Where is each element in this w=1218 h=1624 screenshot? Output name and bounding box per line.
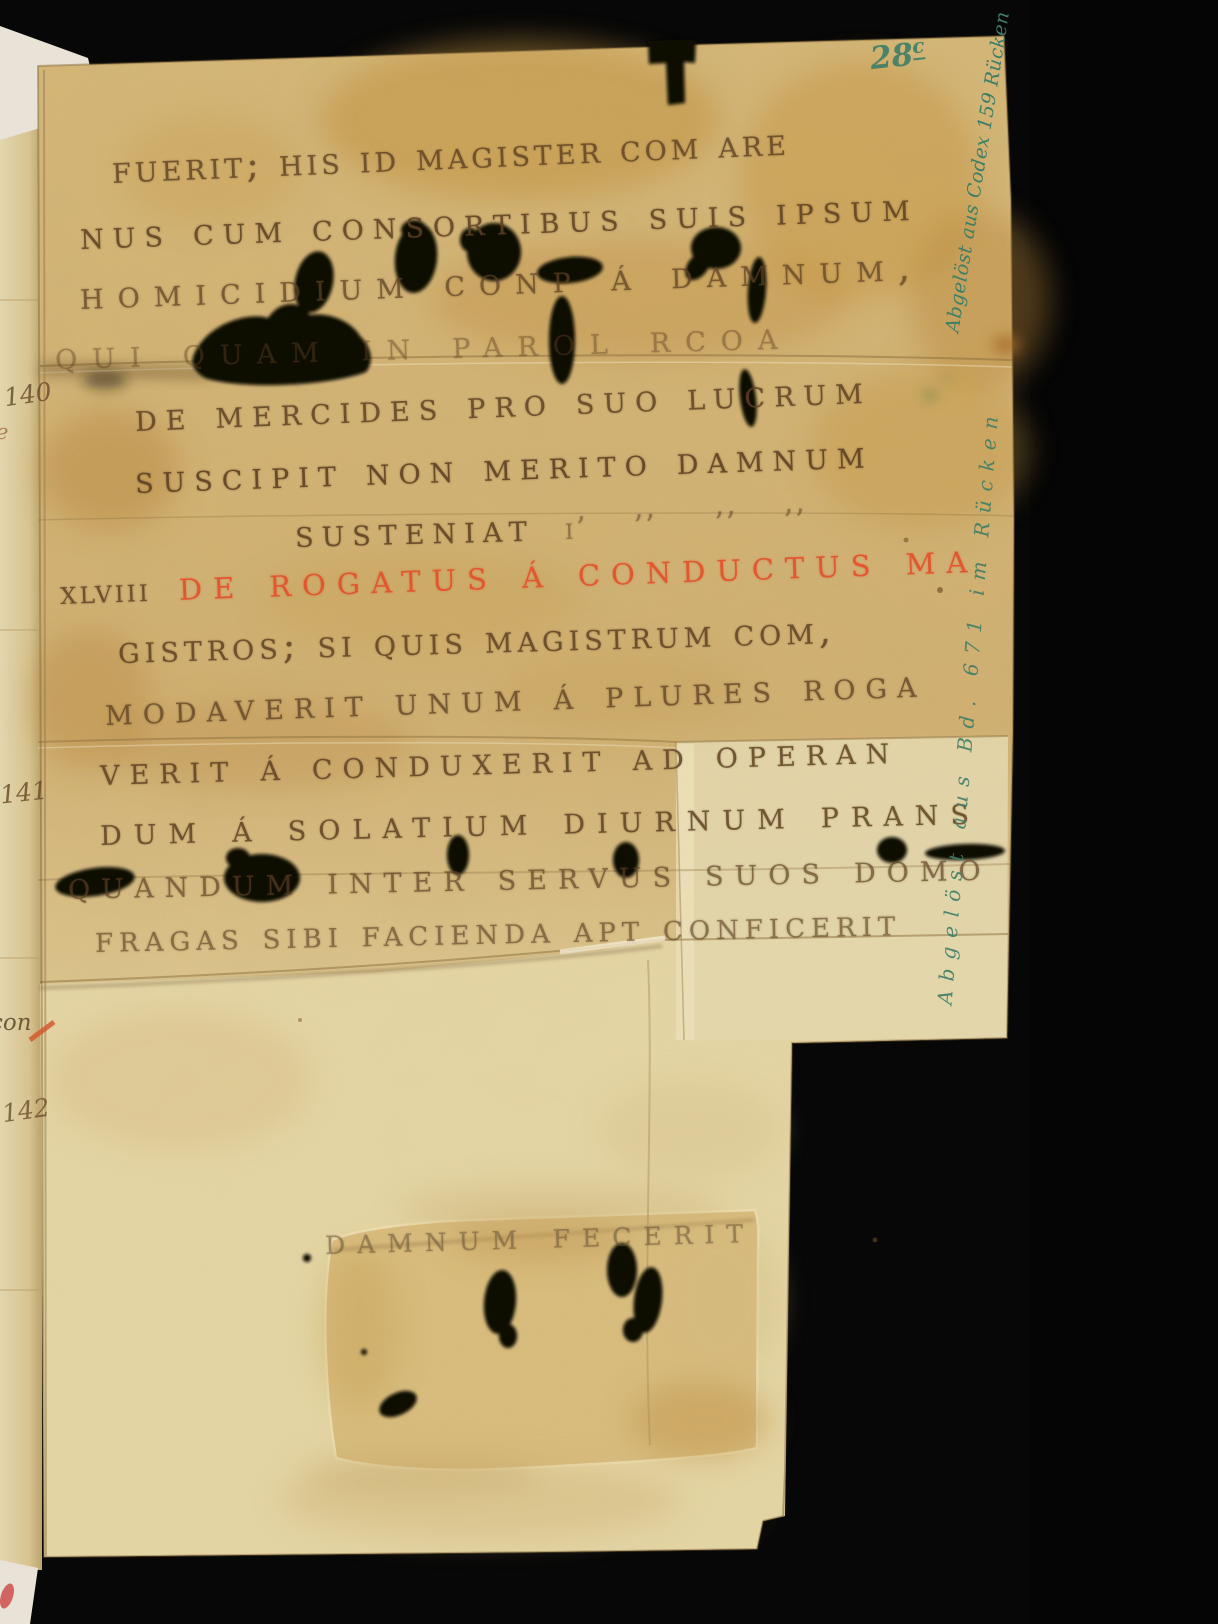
manuscript-photo: fuerit; his id magister com are nus cum … [0,0,1218,1624]
folio-suffix: c [911,33,926,60]
backdrop-right [1030,0,1218,1624]
edge-number: 141 [0,776,49,810]
hole [623,1318,643,1342]
hole [303,1254,311,1262]
edge-fragment: con [0,1010,32,1036]
hole [499,1324,517,1348]
chapter-number: xlviii [59,570,151,612]
folio-mark: 28c [868,35,927,77]
hole [361,1349,367,1355]
folio-number: 28 [868,37,915,77]
manuscript-line: susteniat [294,506,535,557]
edge-fragment: e [0,420,8,444]
